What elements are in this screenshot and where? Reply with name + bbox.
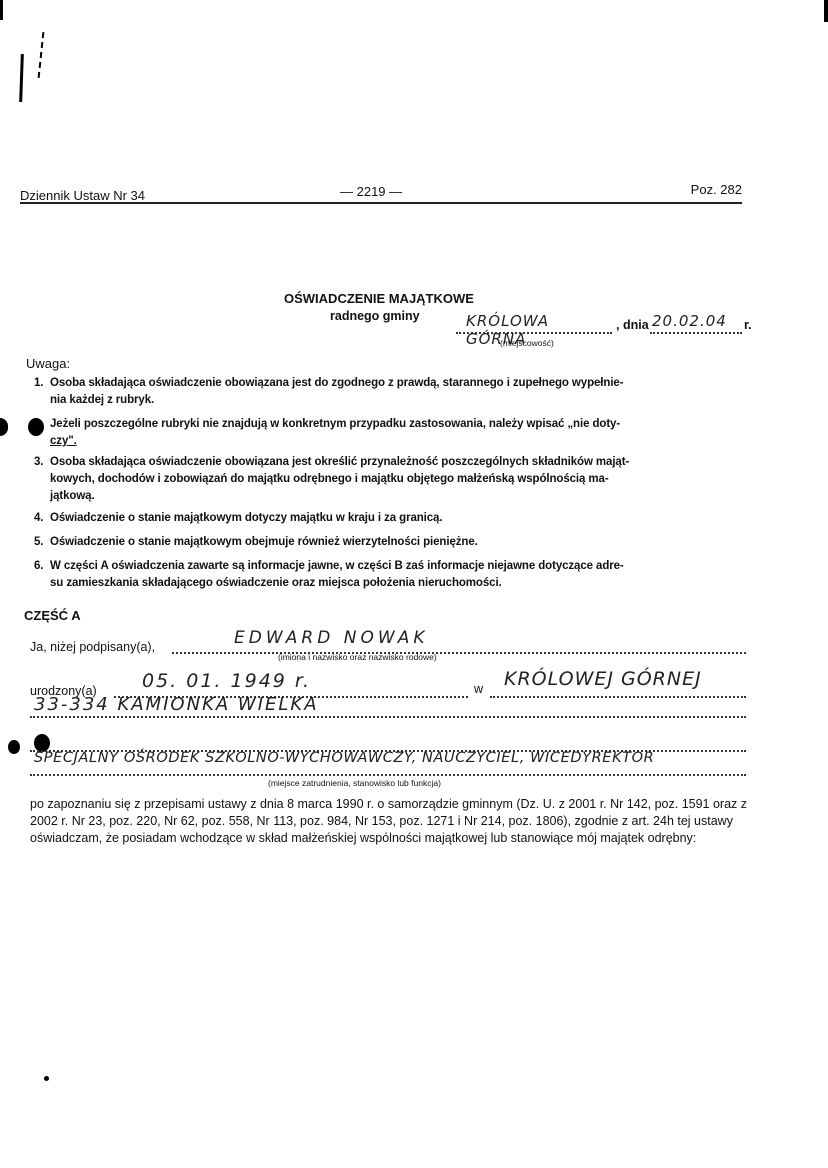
declaration-text: po zapoznaniu się z przepisami ustawy z … xyxy=(30,796,750,847)
position-number: Poz. 282 xyxy=(691,182,742,197)
date-suffix: r. xyxy=(744,318,752,332)
note-item: 6.W części A oświadczenia zawarte są inf… xyxy=(34,558,746,592)
date-field[interactable]: 20.02.04 xyxy=(650,314,742,334)
note-item: 2.Jeżeli poszczególne rubryki nie znajdu… xyxy=(34,416,746,450)
page-number: — 2219 — xyxy=(340,184,402,199)
signer-field[interactable]: EDWARD NOWAK xyxy=(172,634,746,654)
born-in-label: w xyxy=(474,682,483,696)
address-field[interactable]: 33-334 KAMIONKA WIELKA xyxy=(30,698,746,718)
signer-label: Ja, niżej podpisany(a), xyxy=(30,640,155,654)
pen-mark xyxy=(38,32,45,78)
date-label: , dnia xyxy=(616,318,649,332)
employment-value: SPECJALNY OŚRODEK SZKOLNO-WYCHOWAWCZY, N… xyxy=(34,750,654,766)
punch-hole xyxy=(0,418,8,436)
born-place-field[interactable]: KRÓLOWEJ GÓRNEJ xyxy=(490,676,746,698)
born-place-value: KRÓLOWEJ GÓRNEJ xyxy=(504,668,702,690)
pen-mark xyxy=(19,54,24,102)
note-item: 4.Oświadczenie o stanie majątkowym dotyc… xyxy=(34,510,746,527)
place-field[interactable]: KRÓLOWA GÓRNA xyxy=(456,314,612,334)
ink-speck xyxy=(44,1076,49,1081)
notes-heading: Uwaga: xyxy=(26,356,70,371)
address-value: 33-334 KAMIONKA WIELKA xyxy=(34,694,319,715)
note-item: 1.Osoba składająca oświadczenie obowiąza… xyxy=(34,375,746,409)
employment-caption: (miejsce zatrudnienia, stanowisko lub fu… xyxy=(268,778,441,788)
scan-edge-mark xyxy=(824,0,828,22)
scan-edge-mark xyxy=(0,0,3,20)
place-caption: (miejscowość) xyxy=(500,338,554,348)
employment-field[interactable]: SPECJALNY OŚRODEK SZKOLNO-WYCHOWAWCZY, N… xyxy=(30,756,746,776)
signer-caption: (imiona i nazwisko oraz nazwisko rodowe) xyxy=(278,652,437,662)
punch-hole xyxy=(8,740,20,754)
form-title: OŚWIADCZENIE MAJĄTKOWE xyxy=(284,291,474,306)
part-a-heading: CZĘŚĆ A xyxy=(24,608,81,623)
page-header: Dziennik Ustaw Nr 34 — 2219 — Poz. 282 xyxy=(20,184,742,204)
note-item: 5.Oświadczenie o stanie majątkowym obejm… xyxy=(34,534,746,551)
date-value: 20.02.04 xyxy=(652,312,727,330)
header-divider xyxy=(20,202,742,204)
form-subtitle: radnego gminy xyxy=(330,309,420,323)
born-date-value: 05. 01. 1949 r. xyxy=(142,670,311,692)
signer-value: EDWARD NOWAK xyxy=(234,628,429,648)
note-item: 3.Osoba składająca oświadczenie obowiąza… xyxy=(34,454,746,505)
journal-name: Dziennik Ustaw Nr 34 xyxy=(20,188,145,203)
